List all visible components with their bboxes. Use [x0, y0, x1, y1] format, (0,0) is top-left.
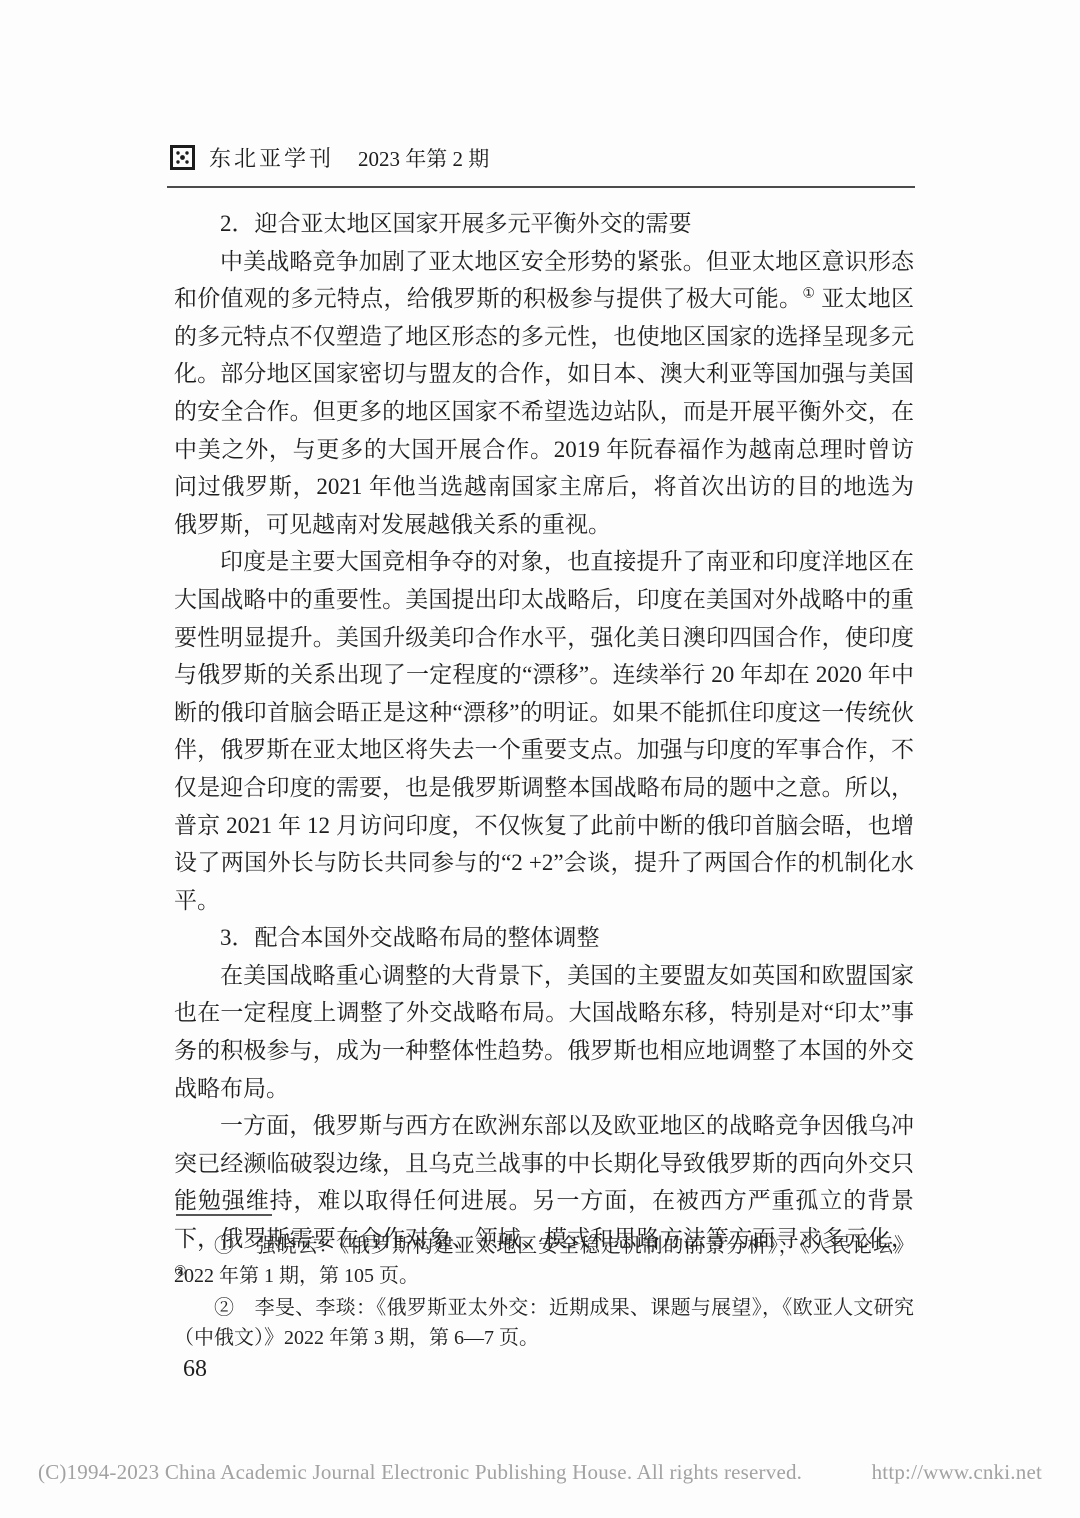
paragraph: 中美战略竞争加剧了亚太地区安全形势的紧张。但亚太地区意识形态和价值观的多元特点，…	[174, 243, 914, 544]
journal-seal-icon	[170, 145, 195, 170]
article-body: 2．迎合亚太地区国家开展多元平衡外交的需要中美战略竞争加剧了亚太地区安全形势的紧…	[174, 205, 914, 1295]
footnote-marker: ①	[802, 287, 815, 302]
footnote-list: ① 强晓云：《俄罗斯构建亚太地区安全稳定机制的前景分析》，《人民论坛》2022 …	[174, 1232, 914, 1353]
header-divider	[167, 186, 915, 188]
journal-page: 东北亚学刊 2023 年第 2 期 2．迎合亚太地区国家开展多元平衡外交的需要中…	[0, 0, 1080, 1518]
page-number: 68	[183, 1356, 207, 1383]
journal-issue: 2023 年第 2 期	[358, 143, 489, 173]
copyright-text: (C)1994-2023 China Academic Journal Elec…	[38, 1460, 802, 1485]
paragraph: 在美国战略重心调整的大背景下，美国的主要盟友如英国和欧盟国家也在一定程度上调整了…	[174, 957, 914, 1107]
paragraph: 印度是主要大国竞相争夺的对象，也直接提升了南亚和印度洋地区在大国战略中的重要性。…	[174, 543, 914, 919]
journal-title: 东北亚学刊	[209, 142, 334, 173]
footnote: ① 强晓云：《俄罗斯构建亚太地区安全稳定机制的前景分析》，《人民论坛》2022 …	[174, 1232, 914, 1291]
footnotes-section: ① 强晓云：《俄罗斯构建亚太地区安全稳定机制的前景分析》，《人民论坛》2022 …	[174, 1214, 914, 1356]
section-heading: 3．配合本国外交战略布局的整体调整	[174, 919, 914, 957]
page-header: 东北亚学刊 2023 年第 2 期	[170, 142, 489, 173]
footnote: ② 李旻、李琰：《俄罗斯亚太外交：近期成果、课题与展望》，《欧亚人文研究（中俄文…	[174, 1294, 914, 1353]
footer-url: http://www.cnki.net	[872, 1460, 1042, 1485]
footnote-divider	[176, 1214, 272, 1216]
section-heading: 2．迎合亚太地区国家开展多元平衡外交的需要	[174, 205, 914, 243]
page-footer: (C)1994-2023 China Academic Journal Elec…	[0, 1460, 1080, 1485]
